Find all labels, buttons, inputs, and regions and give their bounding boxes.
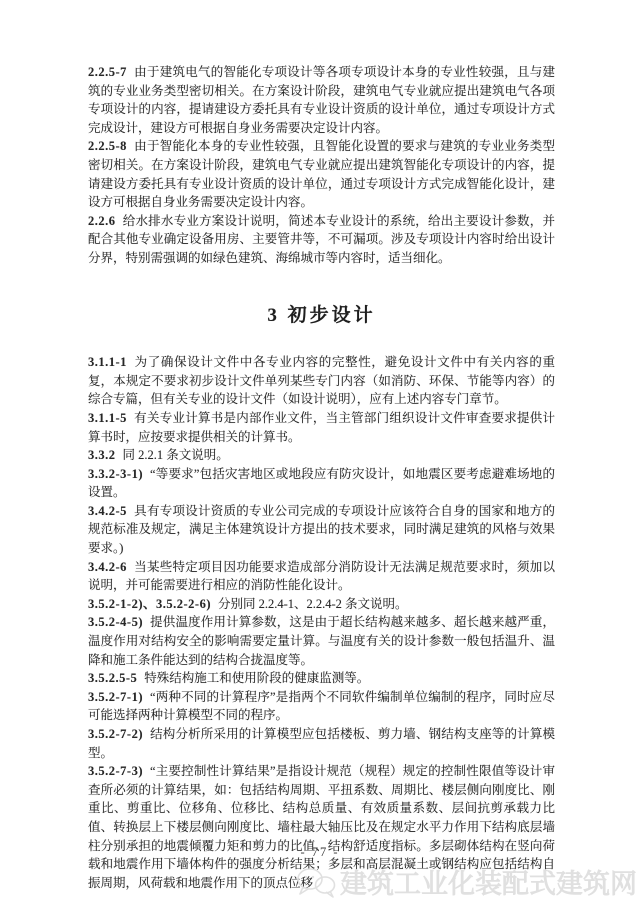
clause-text: 结构分析所采用的计算模型应包括楼板、剪力墙、钢结构支座等的计算模型。 — [88, 727, 555, 760]
clause-paragraph: 3.4.2-6当某些特定项目因功能要求造成部分消防设计无法满足规范要求时，须加以… — [88, 558, 555, 595]
content-area: 2.2.5-7由于建筑电气的智能化专项设计等各项专项设计本身的专业性较强，且与建… — [88, 63, 555, 892]
clause-text: 有关专业计算书是内部作业文件，当主管部门组织设计文件审查要求提供计算书时，应按要… — [88, 411, 555, 444]
document-page: 2.2.5-7由于建筑电气的智能化专项设计等各项专项设计本身的专业性较强，且与建… — [0, 0, 640, 905]
clause-paragraph: 3.1.1-1为了确保设计文件中各专业内容的完整性，避免设计文件中有关内容的重复… — [88, 353, 555, 409]
clause-text: 由于建筑电气的智能化专项设计等各项专项设计本身的专业性较强，且与建筑的专业业务类… — [88, 65, 555, 135]
clause-number: 3.5.2-7-1) — [88, 690, 143, 704]
clause-paragraph: 2.2.6给水排水专业方案设计说明，简述本专业设计的系统，给出主要设计参数，并配… — [88, 212, 555, 268]
watermark: 建筑工业化装配式建筑网 — [295, 862, 637, 901]
clause-paragraph: 3.4.2-5具有专项设计资质的专业公司完成的专项设计应该符合自身的国家和地方的… — [88, 502, 555, 558]
clause-number: 3.5.2-1-2)、3.5.2-2-6) — [88, 597, 211, 611]
wechat-chat-bubbles-icon — [295, 865, 337, 899]
clause-number: 3.5.2-4-5) — [88, 615, 143, 629]
clause-paragraph: 3.5.2.5-5特殊结构施工和使用阶段的健康监测等。 — [88, 669, 555, 688]
clause-paragraph: 2.2.5-8由于智能化本身的专业性较强，且智能化设置的要求与建筑的专业业务类型… — [88, 137, 555, 211]
clause-text: 同 2.2.1 条文说明。 — [123, 448, 229, 462]
clause-paragraph: 3.5.2-1-2)、3.5.2-2-6)分别同 2.2.4-1、2.2.4-2… — [88, 595, 555, 614]
clause-number: 2.2.5-8 — [88, 139, 127, 153]
clause-text: 由于智能化本身的专业性较强，且智能化设置的要求与建筑的专业业务类型密切相关。在方… — [88, 139, 555, 209]
clause-number: 3.3.2-3-1) — [88, 467, 143, 481]
clause-text: “两种不同的计算程序”是指两个不同软件编制单位编制的程序，同时应尽可能选择两种计… — [88, 690, 555, 723]
clause-paragraph: 3.1.1-5有关专业计算书是内部作业文件，当主管部门组织设计文件审查要求提供计… — [88, 409, 555, 446]
clause-number: 3.5.2-7-3) — [88, 764, 143, 778]
clause-number: 2.2.5-7 — [88, 65, 127, 79]
clause-text: “等要求”包括灾害地区或地段应有防灾设计，如地震区要考虑避难场地的设置。 — [88, 467, 555, 500]
clause-text: 给水排水专业方案设计说明，简述本专业设计的系统，给出主要设计参数，并配合其他专业… — [88, 214, 555, 265]
clause-number: 3.5.2-7-2) — [88, 727, 143, 741]
clause-paragraph: 3.5.2-4-5)提供温度作用计算参数，这是由于超长结构越来越多、超长越来越严… — [88, 613, 555, 669]
clause-number: 2.2.6 — [88, 214, 116, 228]
clause-paragraph: 3.5.2-7-1)“两种不同的计算程序”是指两个不同软件编制单位编制的程序，同… — [88, 688, 555, 725]
clause-text: 当某些特定项目因功能要求造成部分消防设计无法满足规范要求时，须加以说明，并可能需… — [88, 560, 555, 593]
clause-text: 特殊结构施工和使用阶段的健康监测等。 — [144, 671, 369, 685]
clause-number: 3.5.2.5-5 — [88, 671, 137, 685]
clause-number: 3.4.2-5 — [88, 504, 127, 518]
clause-paragraph: 3.3.2-3-1)“等要求”包括灾害地区或地段应有防灾设计，如地震区要考虑避难… — [88, 465, 555, 502]
page-number: - 77 - — [0, 845, 640, 860]
clause-paragraph: 3.5.2-7-2)结构分析所采用的计算模型应包括楼板、剪力墙、钢结构支座等的计… — [88, 725, 555, 762]
clause-text: 提供温度作用计算参数，这是由于超长结构越来越多、超长越来越严重，温度作用对结构安… — [88, 615, 555, 666]
clause-text: 具有专项设计资质的专业公司完成的专项设计应该符合自身的国家和地方的规范标准及规定… — [88, 504, 555, 555]
watermark-text: 建筑工业化装配式建筑网 — [340, 862, 637, 901]
clause-text: 分别同 2.2.4-1、2.2.4-2 条文说明。 — [218, 597, 408, 611]
clause-paragraph: 3.3.2同 2.2.1 条文说明。 — [88, 446, 555, 465]
clause-text: 为了确保设计文件中各专业内容的完整性，避免设计文件中有关内容的重复，本规定不要求… — [88, 355, 555, 406]
clause-number: 3.4.2-6 — [88, 560, 127, 574]
clause-paragraph: 2.2.5-7由于建筑电气的智能化专项设计等各项专项设计本身的专业性较强，且与建… — [88, 63, 555, 137]
section-title: 3 初步设计 — [88, 307, 555, 326]
clause-number: 3.3.2 — [88, 448, 116, 462]
clause-number: 3.1.1-5 — [88, 411, 127, 425]
clause-number: 3.1.1-1 — [88, 355, 127, 369]
